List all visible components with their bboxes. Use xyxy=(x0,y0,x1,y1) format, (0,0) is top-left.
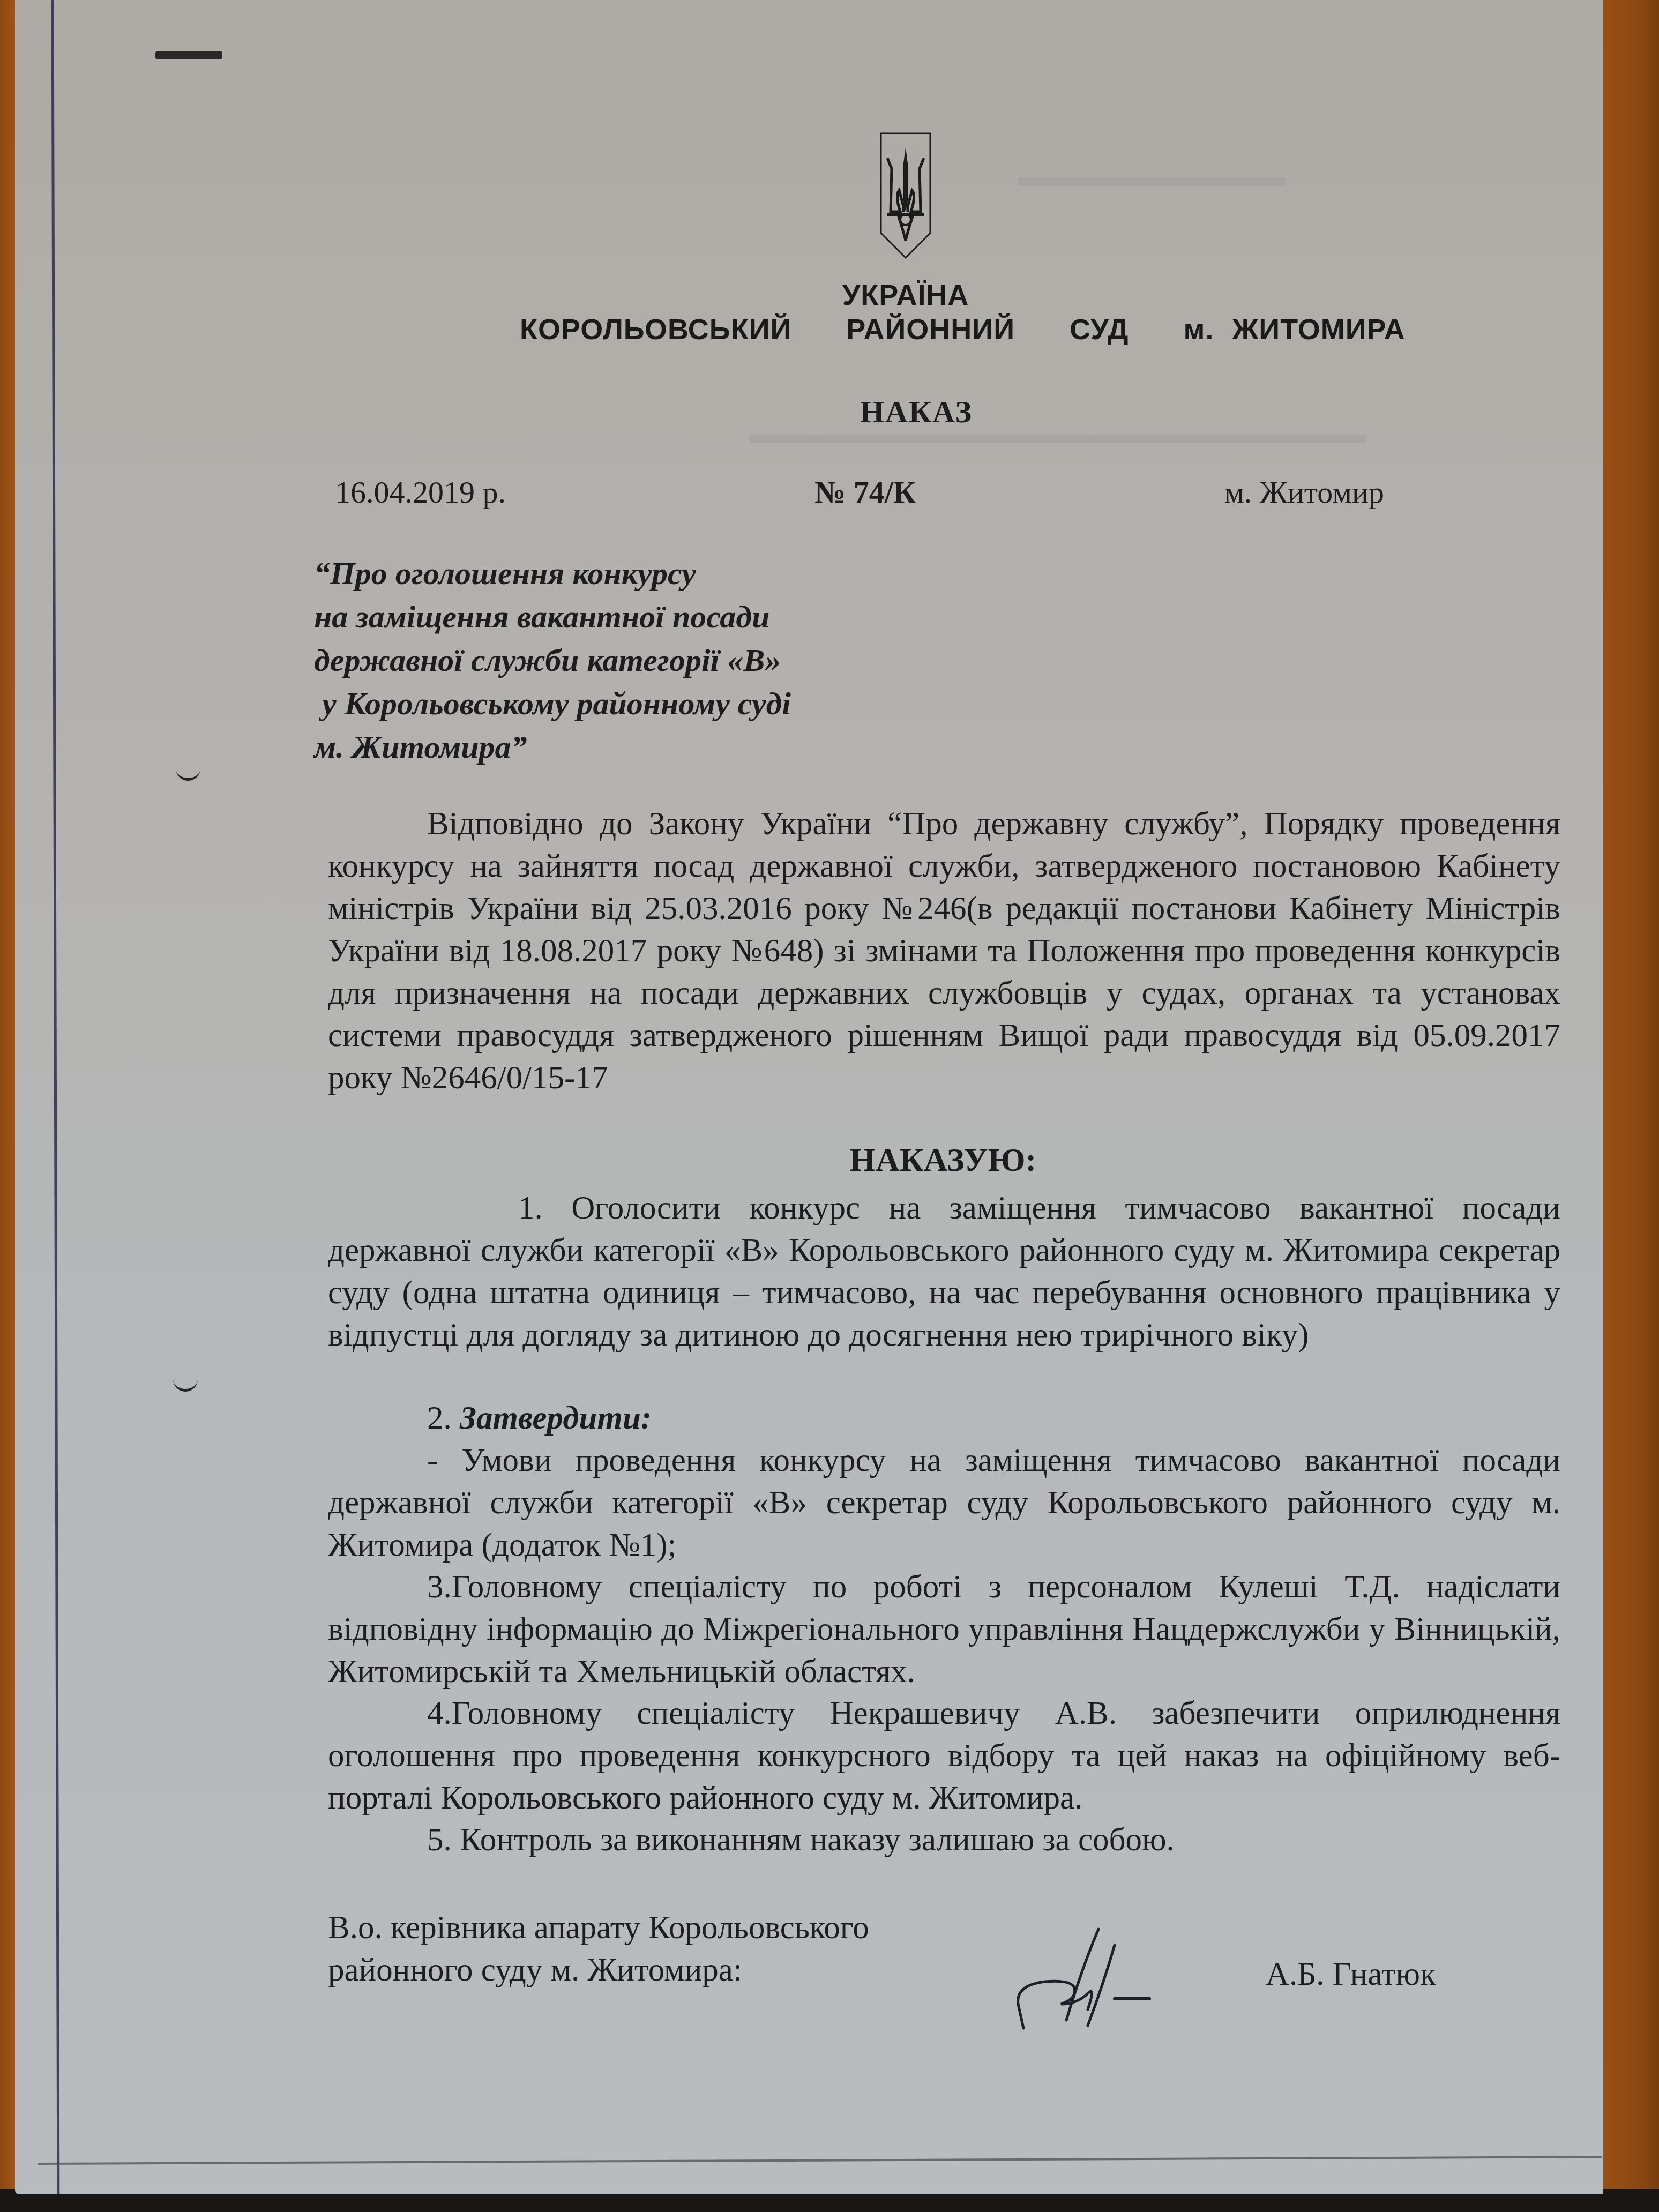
trident-coat-of-arms-icon xyxy=(879,131,932,260)
order-heading: НАКАЗУЮ: xyxy=(836,1141,1050,1179)
item-text: Оголосити конкурс на заміщення тимчасово… xyxy=(328,1190,1560,1353)
order-item-4: 4.Головному спеціалісту Некрашевичу А.В.… xyxy=(328,1692,1560,1819)
background-right xyxy=(1602,0,1659,2212)
pen-mark xyxy=(155,51,222,59)
item-text: Головному спеціалісту по роботі з персон… xyxy=(328,1569,1560,1690)
signer-name: А.Б. Гнатюк xyxy=(1266,1956,1436,1993)
item-text: Головному спеціалісту Некрашевичу А.В. з… xyxy=(328,1695,1560,1816)
order-item-5: 5. Контроль за виконанням наказу залишаю… xyxy=(328,1819,1560,1861)
document-meta: 16.04.2019 р. № 74/К м. Житомир xyxy=(335,474,1407,517)
order-item-2-sub: - Умови проведення конкурсу на заміщення… xyxy=(328,1439,1560,1566)
document-city: м. Житомир xyxy=(1224,474,1384,510)
item-number: 5. xyxy=(427,1822,452,1858)
punch-hole-mark xyxy=(173,1377,198,1392)
order-item-3: 3.Головному спеціалісту по роботі з перс… xyxy=(328,1566,1560,1693)
country-header: УКРАЇНА xyxy=(798,279,1013,312)
subject-line: державної служби категорії «В» xyxy=(314,639,957,682)
item-number: 3. xyxy=(427,1569,452,1605)
position-line: районного суду м. Житомира: xyxy=(328,1949,971,1991)
punch-hole-mark xyxy=(176,766,200,781)
order-item-2: 2. Затвердити: xyxy=(328,1397,1560,1439)
document-subject: “Про оголошення конкурсу на заміщення ва… xyxy=(314,552,957,769)
subject-line: у Корольовському районному суді xyxy=(314,682,957,726)
bleed-through: ▬▬▬▬▬▬▬▬▬▬ xyxy=(1018,161,1286,192)
document-number: № 74/К xyxy=(814,474,916,510)
item-number: 2. xyxy=(427,1400,452,1436)
handwritten-signature xyxy=(1007,1924,1184,2031)
document-type: НАКАЗ xyxy=(836,394,997,430)
position-line: В.о. керівника апарату Корольовського xyxy=(328,1907,971,1949)
margin-line xyxy=(51,0,60,2194)
document-date: 16.04.2019 р. xyxy=(335,474,506,510)
intro-paragraph: Відповідно до Закону України “Про держав… xyxy=(328,803,1560,1099)
signatory-position: В.о. керівника апарату Корольовського ра… xyxy=(328,1907,971,1991)
subject-line: м. Житомира” xyxy=(314,726,957,769)
order-item-1: 1. Оголосити конкурс на заміщення тимчас… xyxy=(328,1187,1560,1356)
item-text: Контроль за виконанням наказу залишаю за… xyxy=(460,1822,1175,1858)
court-name: КОРОЛЬОВСЬКИЙ РАЙОННИЙ СУД м. ЖИТОМИРА xyxy=(520,313,1356,346)
footer-rule xyxy=(38,2156,1602,2165)
item-number: 4. xyxy=(427,1695,452,1731)
item-number: 1. xyxy=(518,1190,543,1226)
subject-line: “Про оголошення конкурсу xyxy=(314,552,957,595)
item-label: Затвердити: xyxy=(460,1400,652,1436)
background-left xyxy=(0,0,16,2212)
subject-line: на заміщення вакантної посади xyxy=(314,595,957,639)
